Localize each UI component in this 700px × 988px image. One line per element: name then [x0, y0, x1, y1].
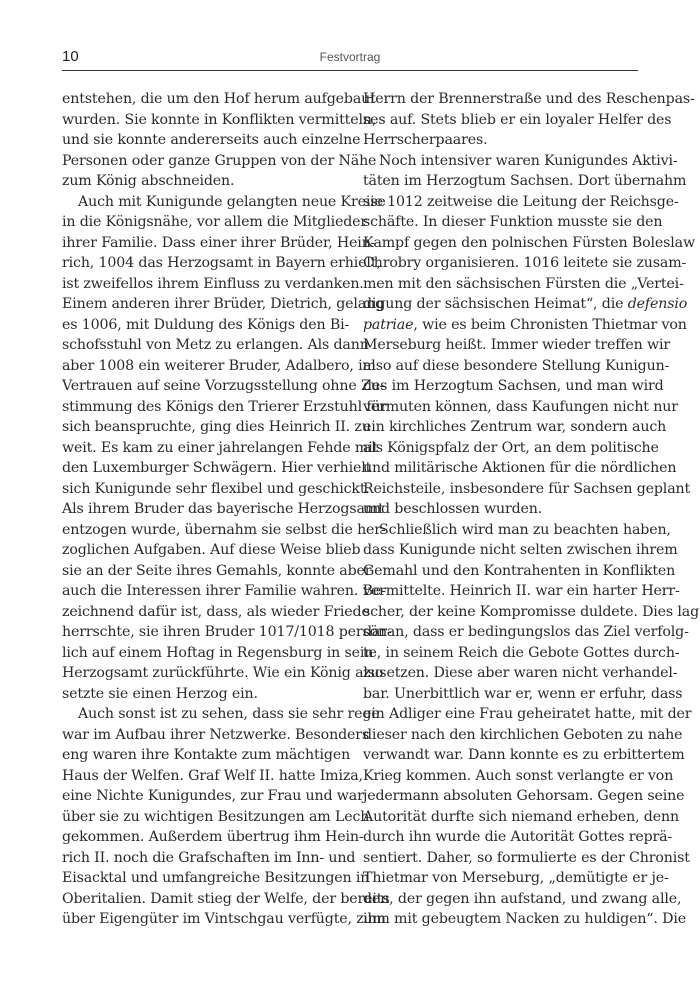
text-line: Kampf gegen den polnischen Fürsten Boles…: [363, 233, 639, 254]
text-line: sie 1012 zeitweise die Leitung der Reich…: [363, 192, 639, 213]
text-line: entstehen, die um den Hof herum aufgebau…: [62, 89, 338, 110]
text-line: ist zweifellos ihrem Einfluss zu verdank…: [62, 274, 338, 295]
text-line: Als ihrem Bruder das bayerische Herzogsa…: [62, 499, 338, 520]
text-line: vermittelte. Heinrich II. war ein harter…: [363, 581, 639, 602]
text-line: Auch mit Kunigunde gelangten neue Kreise: [62, 192, 338, 213]
text-line: jedermann absoluten Gehorsam. Gegen sein…: [363, 786, 639, 807]
text-line: vermuten können, dass Kaufungen nicht nu…: [363, 397, 639, 418]
text-line: in die Königsnähe, vor allem die Mitglie…: [62, 212, 338, 233]
text-line: entzogen wurde, übernahm sie selbst die …: [62, 520, 338, 541]
right-text-column: Herrn der Brennerstraße und des Reschenp…: [363, 89, 639, 930]
text-line: ein Adliger eine Frau geheiratet hatte, …: [363, 704, 639, 725]
text-line: patriae, wie es beim Chronisten Thietmar…: [363, 315, 639, 336]
text-line: herrschte, sie ihren Bruder 1017/1018 pe…: [62, 622, 338, 643]
text-line: dieser nach den kirchlichen Geboten zu n…: [363, 725, 639, 746]
text-line: verwandt war. Dann konnte es zu erbitter…: [363, 745, 639, 766]
text-line: sie an der Seite ihres Gemahls, konnte a…: [62, 561, 338, 582]
text-line: sentiert. Daher, so formulierte es der C…: [363, 848, 639, 869]
text-line: Herrn der Brennerstraße und des Reschenp…: [363, 89, 639, 110]
text-line: Eisacktal und umfangreiche Besitzungen i…: [62, 868, 338, 889]
header-rule: [62, 70, 638, 71]
text-line: dass Kunigunde nicht selten zwischen ihr…: [363, 540, 639, 561]
text-line: zusetzen. Diese aber waren nicht verhand…: [363, 663, 639, 684]
text-line: Personen oder ganze Gruppen von der Nähe: [62, 151, 338, 172]
text-line: Vertrauen auf seine Vorzugsstellung ohne…: [62, 376, 338, 397]
text-line: setzte sie einen Herzog ein.: [62, 684, 338, 705]
text-line: aber 1008 ein weiterer Bruder, Adalbero,…: [62, 356, 338, 377]
text-line: rich, 1004 das Herzogsamt in Bayern erhi…: [62, 253, 338, 274]
text-line: schäfte. In dieser Funktion musste sie d…: [363, 212, 639, 233]
text-line: men mit den sächsischen Fürsten die „Ver…: [363, 274, 639, 295]
left-text-column: entstehen, die um den Hof herum aufgebau…: [62, 89, 338, 930]
text-line: als Königspfalz der Ort, an dem politisc…: [363, 438, 639, 459]
text-line: zeichnend dafür ist, dass, als wieder Fr…: [62, 602, 338, 623]
text-line: ihm mit gebeugtem Nacken zu huldigen“. D…: [363, 909, 639, 930]
text-line: lich auf einem Hoftag in Regensburg in s…: [62, 643, 338, 664]
text-line: gekommen. Außerdem übertrug ihm Hein-: [62, 827, 338, 848]
text-line: und militärische Aktionen für die nördli…: [363, 458, 639, 479]
page-header: 10 Festvortrag: [62, 46, 638, 70]
text-line: Krieg kommen. Auch sonst verlangte er vo…: [363, 766, 639, 787]
text-line: rich II. noch die Grafschaften im Inn- u…: [62, 848, 338, 869]
text-line: Schließlich wird man zu beachten haben,: [363, 520, 639, 541]
running-head: Festvortrag: [62, 50, 638, 64]
italic-term: patriae: [363, 317, 413, 333]
text-line: Oberitalien. Damit stieg der Welfe, der …: [62, 889, 338, 910]
text-line: den Luxemburger Schwägern. Hier verhielt: [62, 458, 338, 479]
text-line: Thietmar von Merseburg, „demütigte er je…: [363, 868, 639, 889]
text-line: ein kirchliches Zentrum war, sondern auc…: [363, 417, 639, 438]
text-line: also auf diese besondere Stellung Kunigu…: [363, 356, 639, 377]
text-line: und beschlossen wurden.: [363, 499, 639, 520]
italic-term: defensio: [628, 296, 687, 312]
text-line: zoglichen Aufgaben. Auf diese Weise blie…: [62, 540, 338, 561]
book-page: 10 Festvortrag entstehen, die um den Hof…: [0, 0, 700, 988]
text-line: schofsstuhl von Metz zu erlangen. Als da…: [62, 335, 338, 356]
text-line: daran, dass er bedingungslos das Ziel ve…: [363, 622, 639, 643]
text-line: zum König abschneiden.: [62, 171, 338, 192]
text-line: ses auf. Stets blieb er ein loyaler Helf…: [363, 110, 639, 131]
text-line: Auch sonst ist zu sehen, dass sie sehr r…: [62, 704, 338, 725]
text-line: scher, der keine Kompromisse duldete. Di…: [363, 602, 639, 623]
text-line: war im Aufbau ihrer Netzwerke. Besonders: [62, 725, 338, 746]
text-line: den, der gegen ihn aufstand, und zwang a…: [363, 889, 639, 910]
text-line: wurden. Sie konnte in Konflikten vermitt…: [62, 110, 338, 131]
text-line: Chrobry organisieren. 1016 leitete sie z…: [363, 253, 639, 274]
text-line: stimmung des Königs den Trierer Erzstuhl…: [62, 397, 338, 418]
text-line: Herrscherpaares.: [363, 130, 639, 151]
text-line: des im Herzogtum Sachsen, und man wird: [363, 376, 639, 397]
text-line: sich beanspruchte, ging dies Heinrich II…: [62, 417, 338, 438]
text-line: täten im Herzogtum Sachsen. Dort übernah…: [363, 171, 639, 192]
text-line: eine Nichte Kunigundes, zur Frau und war: [62, 786, 338, 807]
text-line: Herzogsamt zurückführte. Wie ein König a…: [62, 663, 338, 684]
text-line: über Eigengüter im Vintschgau verfügte, …: [62, 909, 338, 930]
text-line: Haus der Welfen. Graf Welf II. hatte Imi…: [62, 766, 338, 787]
text-line: digung der sächsischen Heimat“, die defe…: [363, 294, 639, 315]
text-line: über sie zu wichtigen Besitzungen am Lec…: [62, 807, 338, 828]
text-line: Reichsteile, insbesondere für Sachsen ge…: [363, 479, 639, 500]
text-line: und sie konnte andererseits auch einzeln…: [62, 130, 338, 151]
text-line: Merseburg heißt. Immer wieder treffen wi…: [363, 335, 639, 356]
text-line: Noch intensiver waren Kunigundes Aktivi-: [363, 151, 639, 172]
text-line: sich Kunigunde sehr flexibel und geschic…: [62, 479, 338, 500]
text-line: te, in seinem Reich die Gebote Gottes du…: [363, 643, 639, 664]
text-line: es 1006, mit Duldung des Königs den Bi-: [62, 315, 338, 336]
text-line: auch die Interessen ihrer Familie wahren…: [62, 581, 338, 602]
text-line: durch ihn wurde die Autorität Gottes rep…: [363, 827, 639, 848]
text-line: weit. Es kam zu einer jahrelangen Fehde …: [62, 438, 338, 459]
text-line: bar. Unerbittlich war er, wenn er erfuhr…: [363, 684, 639, 705]
text-line: Gemahl und den Kontrahenten in Konflikte…: [363, 561, 639, 582]
text-line: eng waren ihre Kontakte zum mächtigen: [62, 745, 338, 766]
text-line: Einem anderen ihrer Brüder, Dietrich, ge…: [62, 294, 338, 315]
text-line: Autorität durfte sich niemand erheben, d…: [363, 807, 639, 828]
text-line: ihrer Familie. Dass einer ihrer Brüder, …: [62, 233, 338, 254]
